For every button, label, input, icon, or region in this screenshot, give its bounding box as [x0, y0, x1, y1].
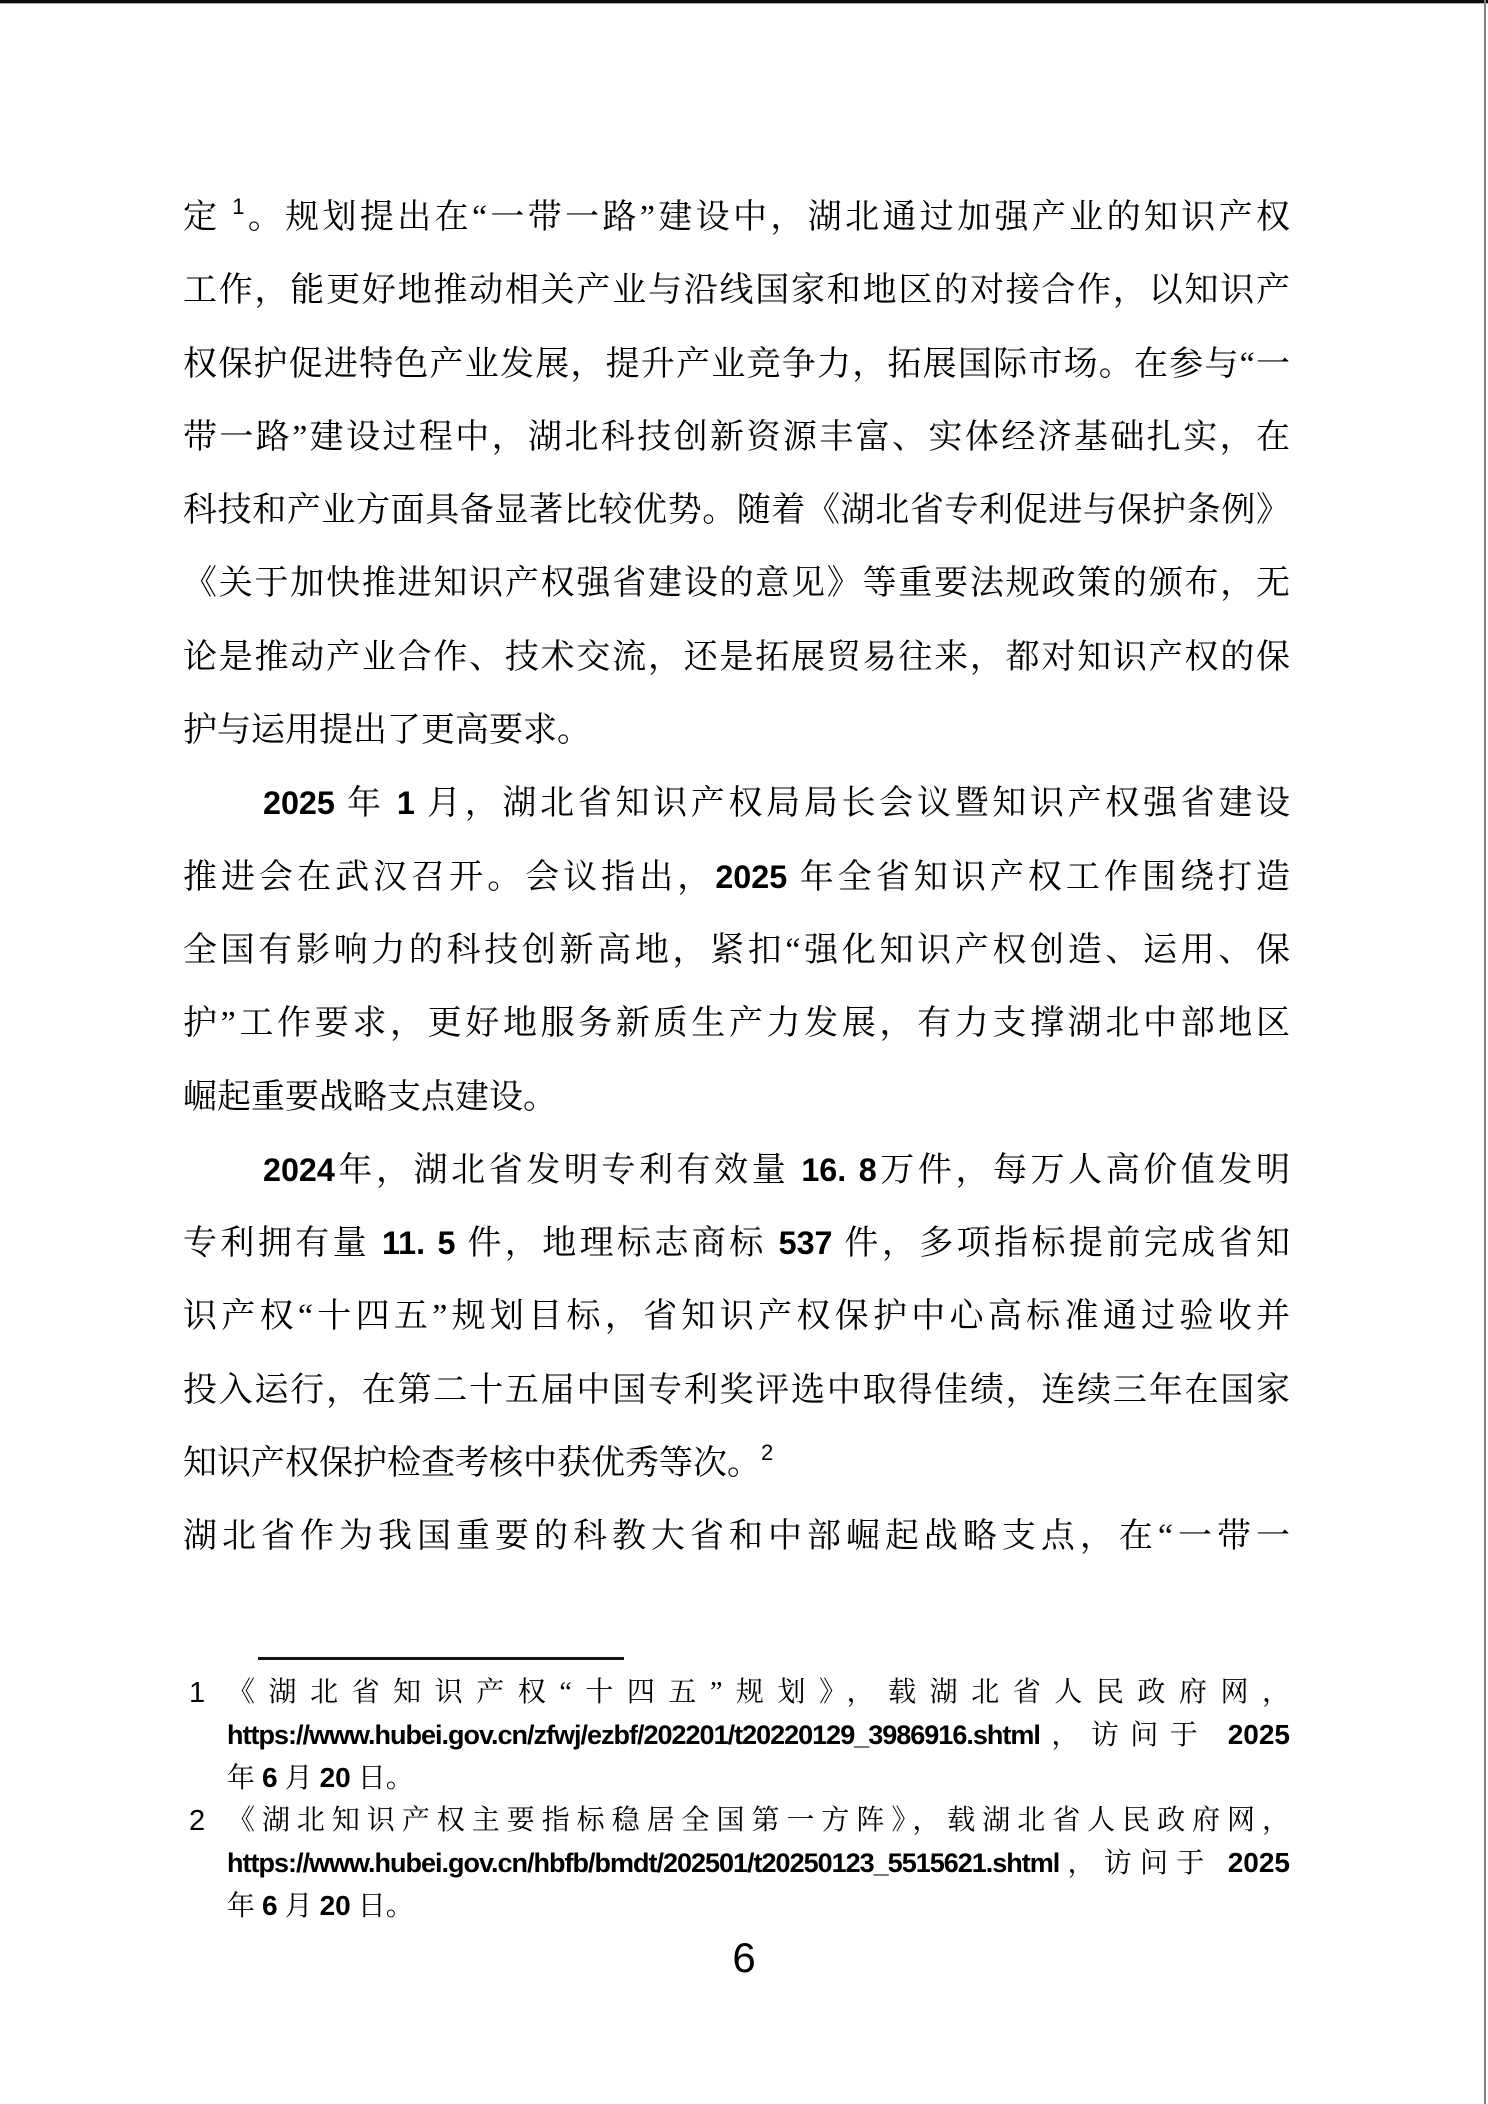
number-text: 2024 — [263, 1152, 335, 1188]
text-segment: 专利拥有量 — [183, 1225, 382, 1262]
text-segment: 万件，每万人高价值发明 — [877, 1152, 1290, 1189]
text-line: 识产权“十四五”规划目标，省知识产权保护中心高标准通过验收并 — [183, 1280, 1290, 1353]
text-line: 2024年，湖北省发明专利有效量 16. 8万件，每万人高价值发明 — [183, 1134, 1290, 1207]
text-line: 专利拥有量 11. 5 件，地理标志商标 537 件，多项指标提前完成省知 — [183, 1207, 1290, 1280]
text-segment: 工作，能更好地推动相关产业与沿线国家和地区的对接合作，以知识产 — [183, 272, 1290, 309]
text-segment: 。规划提出在“一带一路”建设中，湖北通过加强产业的知识产权 — [244, 199, 1290, 236]
text-segment: ，访问于 — [1040, 1720, 1228, 1751]
number-text: 20 — [320, 1762, 351, 1793]
text-segment: 月 — [278, 1891, 320, 1922]
footnote-url: https://www.hubei.gov.cn/zfwj/ezbf/20220… — [227, 1720, 1040, 1750]
text-segment: 《湖北知识产权主要指标稳居全国第一方阵》，载湖北省人民政府网， — [227, 1805, 1290, 1836]
footnote-title-line: 《湖北知识产权主要指标稳居全国第一方阵》，载湖北省人民政府网， — [227, 1800, 1290, 1842]
text-segment: 知识产权保护检查考核中获优秀等次。 — [183, 1445, 761, 1482]
number-text: 1 — [397, 785, 415, 821]
text-segment: 件，地理标志商标 — [455, 1225, 778, 1262]
text-segment: 年 — [335, 785, 397, 822]
text-line: 带一路”建设过程中，湖北科技创新资源丰富、实体经济基础扎实，在 — [183, 401, 1290, 474]
text-line: 推进会在武汉召开。会议指出，2025 年全省知识产权工作围绕打造 — [183, 841, 1290, 914]
text-segment: 带一路”建设过程中，湖北科技创新资源丰富、实体经济基础扎实，在 — [183, 419, 1290, 456]
text-line: 权保护促进特色产业发展，提升产业竞争力，拓展国际市场。在参与“一 — [183, 328, 1290, 401]
page-number: 6 — [0, 1934, 1488, 1982]
text-line: 护与运用提出了更高要求。 — [183, 694, 1290, 767]
number-text: 6 — [262, 1762, 278, 1793]
text-line: 工作，能更好地推动相关产业与沿线国家和地区的对接合作，以知识产 — [183, 254, 1290, 327]
text-segment: 月，湖北省知识产权局局长会议暨知识产权强省建设 — [415, 785, 1290, 822]
number-text: 537 — [779, 1225, 833, 1261]
text-segment: 护与运用提出了更高要求。 — [183, 712, 591, 749]
text-segment: 论是推动产业合作、技术交流，还是拓展贸易往来，都对知识产权的保 — [183, 639, 1290, 676]
footnote-ref-2: 2 — [761, 1440, 773, 1465]
text-segment: 年 — [227, 1891, 262, 1922]
text-segment: 科技和产业方面具备显著比较优势。随着《湖北省专利促进与保护条例》 — [183, 492, 1290, 529]
footnote-url-line: https://www.hubei.gov.cn/zfwj/ezbf/20220… — [227, 1714, 1290, 1757]
number-text: 16. 8 — [801, 1152, 876, 1188]
text-segment: 识产权“十四五”规划目标，省知识产权保护中心高标准通过验收并 — [183, 1298, 1290, 1335]
text-segment: 定 — [183, 199, 232, 236]
text-line: 投入运行，在第二十五届中国专利奖评选中取得佳绩，连续三年在国家 — [183, 1354, 1290, 1427]
number-text: 2025 — [263, 785, 335, 821]
footnote-marker: 1 — [189, 1672, 205, 1714]
text-segment: 湖北省作为我国重要的科教大省和中部崛起战略支点，在“一带一 — [183, 1518, 1290, 1555]
document-page: 定 1。规划提出在“一带一路”建设中，湖北通过加强产业的知识产权 工作，能更好地… — [0, 0, 1488, 2104]
number-text: 6 — [262, 1890, 278, 1921]
text-segment: 日。 — [351, 1891, 414, 1922]
footnote-marker: 2 — [189, 1800, 205, 1842]
text-segment: 年全省知识产权工作围绕打造 — [787, 859, 1290, 896]
text-segment: 推进会在武汉召开。会议指出， — [183, 859, 715, 896]
text-segment: 《湖北省知识产权“十四五”规划》，载湖北省人民政府网， — [227, 1677, 1290, 1708]
number-text: 20 — [320, 1890, 351, 1921]
footnote-2: 2 《湖北知识产权主要指标稳居全国第一方阵》，载湖北省人民政府网， https:… — [183, 1800, 1290, 1928]
text-line: 科技和产业方面具备显著比较优势。随着《湖北省专利促进与保护条例》 — [183, 474, 1290, 547]
right-edge-line — [1484, 0, 1486, 2104]
text-line: 2025 年 1 月，湖北省知识产权局局长会议暨知识产权强省建设 — [183, 767, 1290, 840]
text-segment: 崛起重要战略支点建设。 — [183, 1079, 557, 1116]
text-segment: 投入运行，在第二十五届中国专利奖评选中取得佳绩，连续三年在国家 — [183, 1372, 1290, 1409]
text-line: 论是推动产业合作、技术交流，还是拓展贸易往来，都对知识产权的保 — [183, 621, 1290, 694]
footnote-url: https://www.hubei.gov.cn/hbfb/bmdt/20250… — [227, 1848, 1059, 1878]
text-segment: 护”工作要求，更好地服务新质生产力发展，有力支撑湖北中部地区 — [183, 1005, 1290, 1042]
text-line: 定 1。规划提出在“一带一路”建设中，湖北通过加强产业的知识产权 — [183, 181, 1290, 254]
text-segment: 年 — [227, 1763, 262, 1794]
footnote-title-line: 《湖北省知识产权“十四五”规划》，载湖北省人民政府网， — [227, 1672, 1290, 1714]
number-text: 11. 5 — [382, 1225, 455, 1261]
footnote-separator — [258, 1657, 624, 1660]
number-text: 2025 — [715, 859, 787, 895]
top-edge-shadow — [0, 3, 1488, 4]
footnote-date-line: 年 6 月 20 日。 — [227, 1885, 1290, 1928]
text-segment: 月 — [278, 1763, 320, 1794]
text-segment: 年，湖北省发明专利有效量 — [335, 1152, 801, 1189]
text-line: 崛起重要战略支点建设。 — [183, 1061, 1290, 1134]
footnote-url-line: https://www.hubei.gov.cn/hbfb/bmdt/20250… — [227, 1842, 1290, 1885]
number-text: 2025 — [1228, 1847, 1290, 1878]
footnotes-section: 1 《湖北省知识产权“十四五”规划》，载湖北省人民政府网， https://ww… — [183, 1672, 1290, 1928]
text-line: 知识产权保护检查考核中获优秀等次。2 — [183, 1427, 1290, 1500]
footnote-1: 1 《湖北省知识产权“十四五”规划》，载湖北省人民政府网， https://ww… — [183, 1672, 1290, 1800]
footnote-ref-1: 1 — [232, 194, 244, 219]
text-segment: 件，多项指标提前完成省知 — [833, 1225, 1290, 1262]
text-segment: ，访问于 — [1059, 1848, 1227, 1879]
text-segment: 《关于加快推进知识产权强省建设的意见》等重要法规政策的颁布，无 — [183, 565, 1290, 602]
document-body: 定 1。规划提出在“一带一路”建设中，湖北通过加强产业的知识产权 工作，能更好地… — [183, 181, 1290, 1574]
text-segment: 日。 — [351, 1763, 414, 1794]
number-text: 2025 — [1228, 1719, 1290, 1750]
text-line: 《关于加快推进知识产权强省建设的意见》等重要法规政策的颁布，无 — [183, 547, 1290, 620]
text-segment: 全国有影响力的科技创新高地，紧扣“强化知识产权创造、运用、保 — [183, 932, 1290, 969]
footnote-date-line: 年 6 月 20 日。 — [227, 1757, 1290, 1800]
text-segment: 权保护促进特色产业发展，提升产业竞争力，拓展国际市场。在参与“一 — [183, 346, 1290, 383]
text-line: 全国有影响力的科技创新高地，紧扣“强化知识产权创造、运用、保 — [183, 914, 1290, 987]
text-line: 护”工作要求，更好地服务新质生产力发展，有力支撑湖北中部地区 — [183, 987, 1290, 1060]
text-line: 湖北省作为我国重要的科教大省和中部崛起战略支点，在“一带一 — [183, 1500, 1290, 1573]
